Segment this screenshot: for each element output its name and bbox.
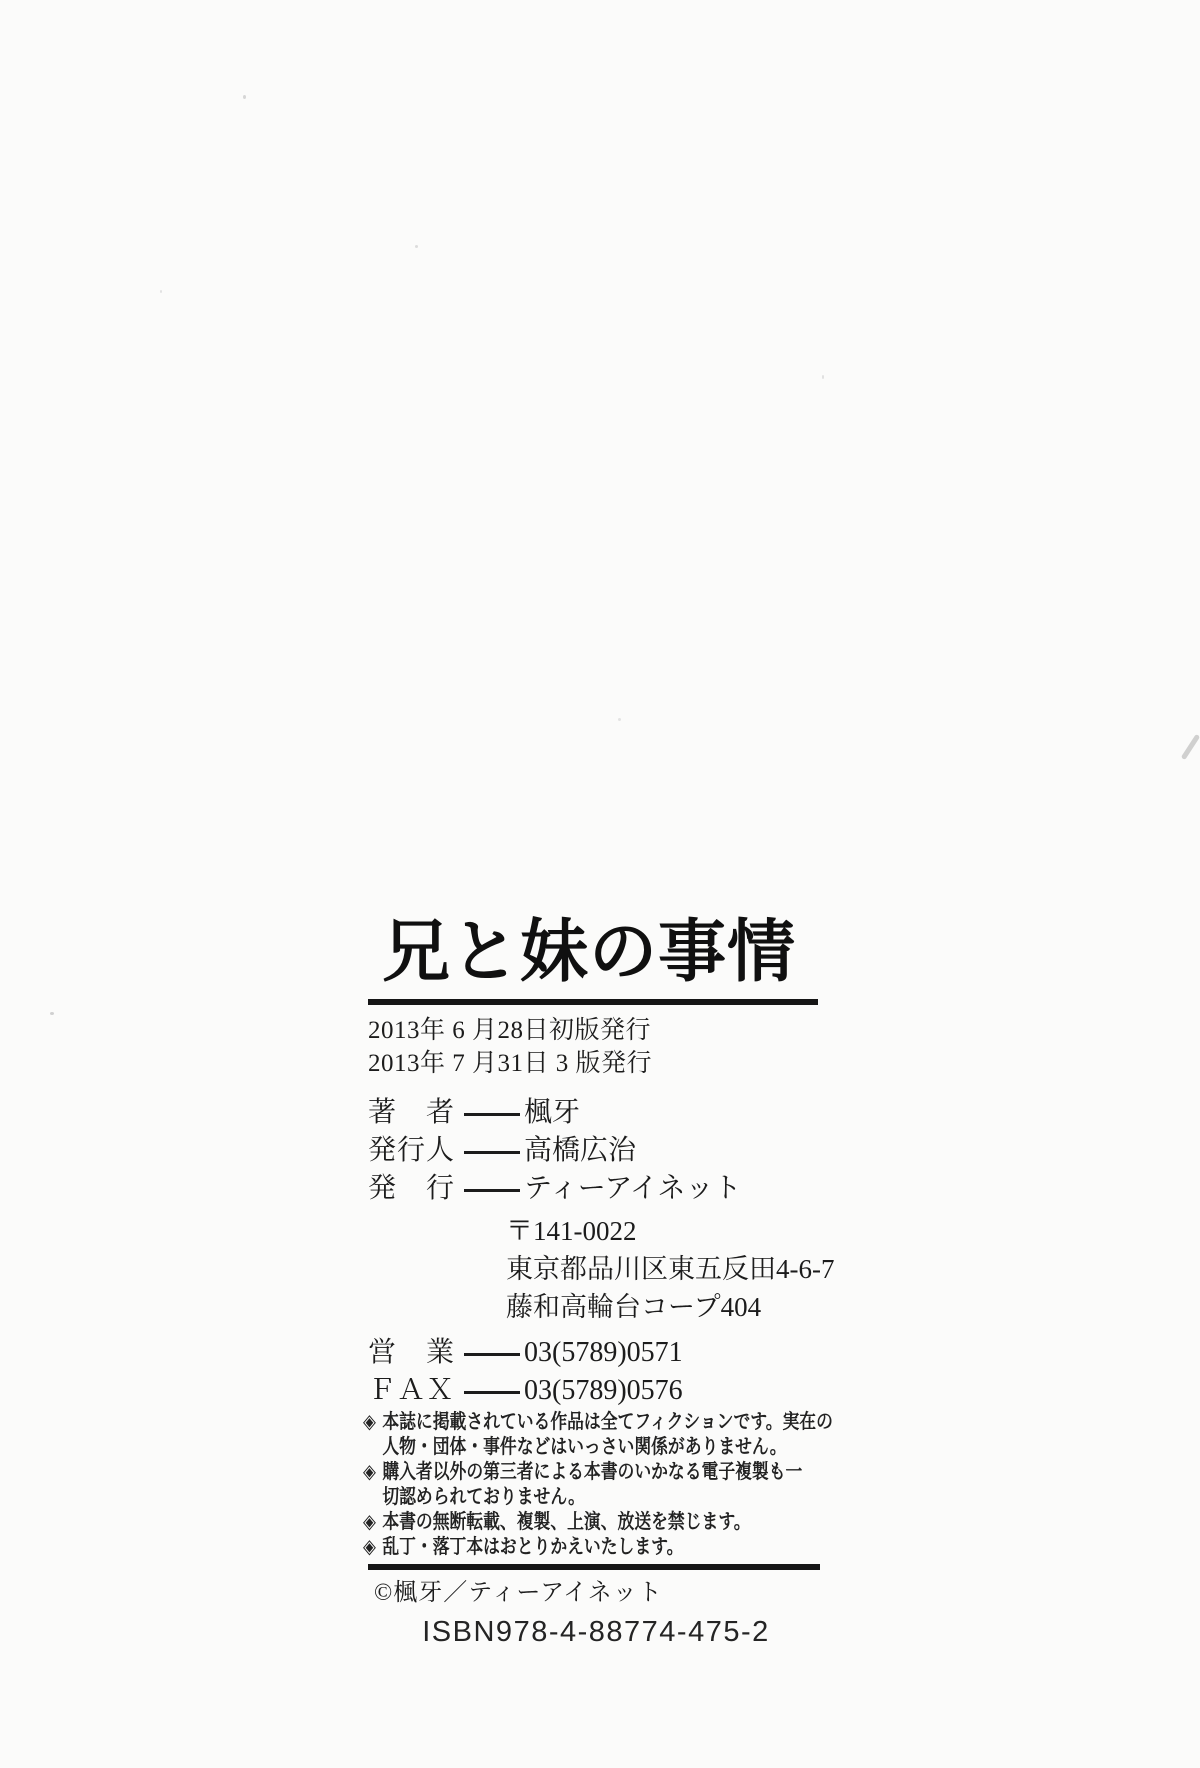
diamond-bullet-icon: ◈ <box>363 1410 382 1435</box>
copyright-line: ©楓牙／ティーアイネット <box>374 1578 824 1608</box>
scan-speck <box>160 290 162 293</box>
publisher-person-name: 高橋広治 <box>524 1132 636 1170</box>
scan-speck <box>243 95 246 99</box>
bottom-rule <box>368 1564 820 1570</box>
publisher-label: 発 行 <box>368 1170 464 1208</box>
title-underline-rule <box>368 999 818 1005</box>
notice-text: 購入者以外の第三者による本書のいかなる電子複製も一 <box>382 1461 802 1483</box>
scanned-colophon-page: { "page": { "title": "兄と妹の事情", "edition_… <box>0 0 1200 1768</box>
scan-speck <box>415 245 418 248</box>
author-row: 著 者 楓牙 <box>368 1094 824 1132</box>
scan-scratch-mark <box>1181 734 1200 760</box>
notice-text: 本書の無断転載、複製、上演、放送を禁じます。 <box>382 1511 750 1533</box>
dash-line <box>464 1151 520 1154</box>
author-label: 著 者 <box>368 1094 464 1132</box>
publication-info: 著 者 楓牙 発行人 高橋広治 発 行 ティーアイネット <box>368 1094 824 1208</box>
notice-fiction-line1: ◈本誌に掲載されている作品は全てフィクションです。実在の <box>363 1410 867 1435</box>
notice-text: 切認められておりません。 <box>382 1486 585 1508</box>
scan-speck <box>50 1012 54 1015</box>
author-name: 楓牙 <box>524 1094 580 1132</box>
address-line: 東京都品川区東五反田4-6-7 <box>506 1250 824 1288</box>
publisher-person-label: 発行人 <box>368 1132 464 1170</box>
notice-text: 乱丁・落丁本はおとりかえいたします。 <box>382 1536 683 1558</box>
postal-code: 〒141-0022 <box>506 1212 824 1250</box>
diamond-bullet-icon: ◈ <box>363 1535 382 1560</box>
publisher-name: ティーアイネット <box>524 1170 742 1208</box>
colophon-block: 兄と妹の事情 2013年 6 月28日初版発行 2013年 7 月31日 3 版… <box>368 915 824 1649</box>
notice-text: 人物・団体・事件などはいっさい関係がありません。 <box>382 1436 786 1458</box>
notice-copy-line1: ◈購入者以外の第三者による本書のいかなる電子複製も一 <box>363 1460 867 1485</box>
notice-reproduction: ◈本書の無断転載、複製、上演、放送を禁じます。 <box>363 1510 867 1535</box>
sales-phone-number: 03(5789)0571 <box>524 1334 683 1372</box>
sales-label: 営 業 <box>368 1334 464 1372</box>
first-edition-date: 2013年 6 月28日初版発行 <box>368 1014 824 1047</box>
fax-number: 03(5789)0576 <box>524 1372 683 1410</box>
notice-text: 本誌に掲載されている作品は全てフィクションです。実在の <box>382 1411 833 1433</box>
isbn-number: ISBN978-4-88774-475-2 <box>368 1616 824 1649</box>
address-building: 藤和高輪台コープ404 <box>506 1288 824 1326</box>
notice-fiction-line2: 人物・団体・事件などはいっさい関係がありません。 <box>363 1435 867 1460</box>
book-title: 兄と妹の事情 <box>382 915 824 989</box>
publisher-address: 〒141-0022 東京都品川区東五反田4-6-7 藤和高輪台コープ404 <box>506 1212 824 1326</box>
dash-line <box>464 1113 520 1116</box>
dash-line <box>464 1391 520 1394</box>
sales-phone-row: 営 業 03(5789)0571 <box>368 1334 824 1372</box>
dash-line <box>464 1353 520 1356</box>
diamond-bullet-icon: ◈ <box>363 1510 382 1535</box>
third-printing-date: 2013年 7 月31日 3 版発行 <box>368 1047 824 1080</box>
legal-notices: ◈本誌に掲載されている作品は全てフィクションです。実在の 人物・団体・事件などは… <box>363 1410 867 1560</box>
scan-speck <box>822 375 824 379</box>
publisher-row: 発 行 ティーアイネット <box>368 1170 824 1208</box>
edition-dates: 2013年 6 月28日初版発行 2013年 7 月31日 3 版発行 <box>368 1014 824 1080</box>
contact-info: 営 業 03(5789)0571 ＦＡＸ 03(5789)0576 <box>368 1334 824 1410</box>
fax-row: ＦＡＸ 03(5789)0576 <box>368 1372 824 1410</box>
notice-copy-line2: 切認められておりません。 <box>363 1485 867 1510</box>
diamond-bullet-icon: ◈ <box>363 1460 382 1485</box>
publisher-person-row: 発行人 高橋広治 <box>368 1132 824 1170</box>
notice-defective-copies: ◈乱丁・落丁本はおとりかえいたします。 <box>363 1535 867 1560</box>
scan-speck <box>618 718 621 721</box>
fax-label: ＦＡＸ <box>368 1372 464 1410</box>
dash-line <box>464 1189 520 1192</box>
